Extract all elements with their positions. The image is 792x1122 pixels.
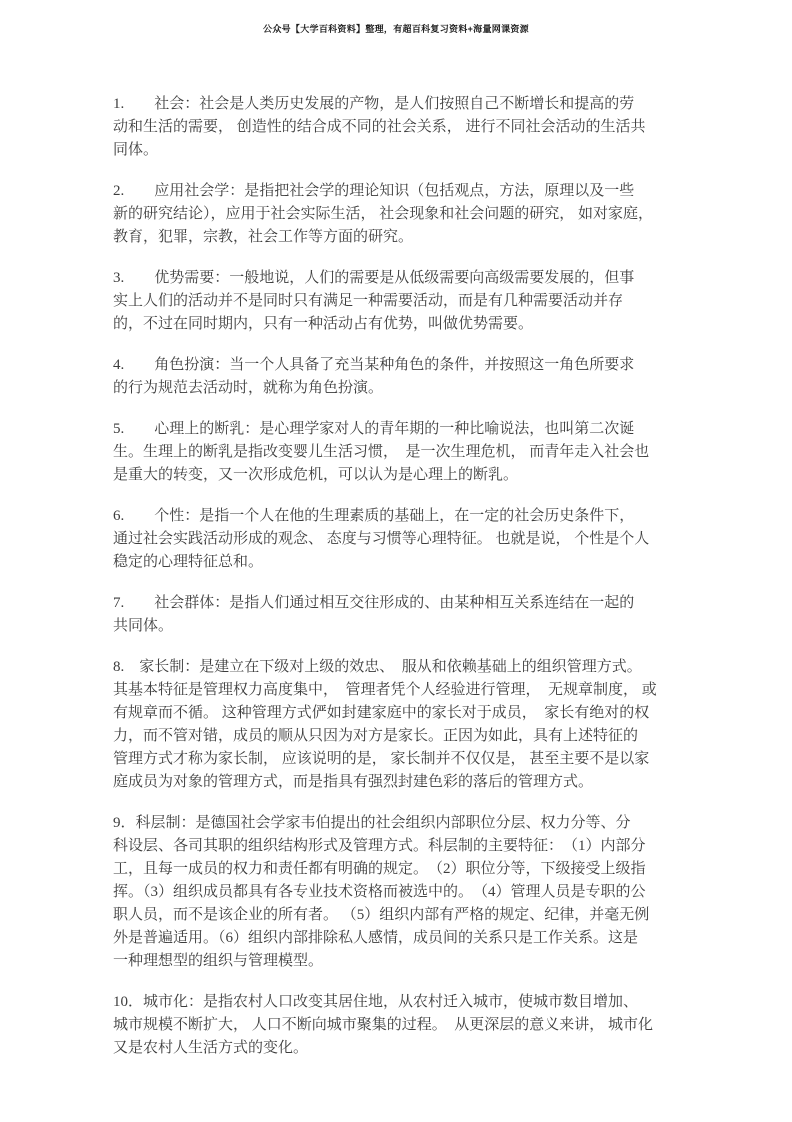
text-line: 9．科层制：是德国社会学家韦伯提出的社会组织内部职位分层、权力分等、分	[113, 812, 691, 835]
text-line: 科设层、各司其职的组织结构形式及管理方式。科层制的主要特征： （1）内部分	[113, 835, 691, 858]
text-line: 城市规模不断扩大， 人口不断向城市聚集的过程。 从更深层的意义来讲， 城市化	[113, 1014, 691, 1037]
text-line: 3. 优势需要：一般地说，人们的需要是从低级需要向高级需要发展的，但事	[113, 267, 691, 290]
definition-paragraph: 3. 优势需要：一般地说，人们的需要是从低级需要向高级需要发展的，但事实上人们的…	[113, 267, 691, 336]
text-line: 5. 心理上的断乳：是心理学家对人的青年期的一种比喻说法，也叫第二次诞	[113, 418, 691, 441]
text-line: 挥。（3）组织成员都具有各专业技术资格而被选中的。 （4）管理人员是专职的公	[113, 881, 691, 904]
text-line: 10．城市化：是指农村人口改变其居住地，从农村迁入城市，使城市数目增加、	[113, 991, 691, 1014]
page-header-note: 公众号【大学百科资料】整理，有超百科复习资料+海量网课资源	[0, 22, 792, 35]
text-line: 生。生理上的断乳是指改变婴儿生活习惯， 是一次生理危机， 而青年走入社会也	[113, 441, 691, 464]
text-line: 4. 角色扮演：当一个人具备了充当某种角色的条件，并按照这一角色所要求	[113, 354, 691, 377]
text-line: 新的研究结论），应用于社会实际生活， 社会现象和社会问题的研究， 如对家庭，	[113, 203, 691, 226]
text-line: 的行为规范去活动时，就称为角色扮演。	[113, 377, 691, 400]
definition-paragraph: 9．科层制：是德国社会学家韦伯提出的社会组织内部职位分层、权力分等、分科设层、各…	[113, 812, 691, 973]
definition-paragraph: 10．城市化：是指农村人口改变其居住地，从农村迁入城市，使城市数目增加、城市规模…	[113, 991, 691, 1060]
definition-paragraph: 5. 心理上的断乳：是心理学家对人的青年期的一种比喻说法，也叫第二次诞生。生理上…	[113, 418, 691, 487]
text-line: 实上人们的活动并不是同时只有满足一种需要活动，而是有几种需要活动并存	[113, 290, 691, 313]
document-body: 1. 社会：社会是人类历史发展的产物，是人们按照自己不断增长和提高的劳动和生活的…	[113, 93, 691, 1078]
text-line: 工，且每一成员的权力和责任都有明确的规定。 （2）职位分等，下级接受上级指	[113, 858, 691, 881]
text-line: 稳定的心理特征总和。	[113, 551, 691, 574]
text-line: 一种理想型的组织与管理模型。	[113, 950, 691, 973]
text-line: 是重大的转变，又一次形成危机，可以认为是心理上的断乳。	[113, 464, 691, 487]
text-line: 的，不过在同时期内，只有一种活动占有优势，叫做优势需要。	[113, 313, 691, 336]
text-line: 管理方式才称为家长制， 应该说明的是， 家长制并不仅仅是， 甚至主要不是以家	[113, 748, 691, 771]
text-line: 2. 应用社会学：是指把社会学的理论知识（包括观点，方法，原理以及一些	[113, 180, 691, 203]
text-line: 8. 家长制：是建立在下级对上级的效忠、 服从和依赖基础上的组织管理方式。	[113, 656, 691, 679]
definition-paragraph: 2. 应用社会学：是指把社会学的理论知识（包括观点，方法，原理以及一些新的研究结…	[113, 180, 691, 249]
text-line: 1. 社会：社会是人类历史发展的产物，是人们按照自己不断增长和提高的劳	[113, 93, 691, 116]
text-line: 共同体。	[113, 615, 691, 638]
text-line: 力，而不管对错，成员的顺从只因为对方是家长。正因为如此，具有上述特征的	[113, 725, 691, 748]
text-line: 同体。	[113, 139, 691, 162]
text-line: 外是普遍适用。（6）组织内部排除私人感情，成员间的关系只是工作关系。这是	[113, 927, 691, 950]
definition-paragraph: 7. 社会群体：是指人们通过相互交往形成的、由某种相互关系连结在一起的共同体。	[113, 592, 691, 638]
text-line: 职人员，而不是该企业的所有者。 （5）组织内部有严格的规定、纪律，并毫无例	[113, 904, 691, 927]
text-line: 教育，犯罪，宗教，社会工作等方面的研究。	[113, 226, 691, 249]
text-line: 其基本特征是管理权力高度集中， 管理者凭个人经验进行管理， 无规章制度， 或	[113, 679, 691, 702]
text-line: 有规章而不循。 这种管理方式俨如封建家庭中的家长对于成员， 家长有绝对的权	[113, 702, 691, 725]
definition-paragraph: 4. 角色扮演：当一个人具备了充当某种角色的条件，并按照这一角色所要求的行为规范…	[113, 354, 691, 400]
definition-paragraph: 1. 社会：社会是人类历史发展的产物，是人们按照自己不断增长和提高的劳动和生活的…	[113, 93, 691, 162]
text-line: 7. 社会群体：是指人们通过相互交往形成的、由某种相互关系连结在一起的	[113, 592, 691, 615]
text-line: 庭成员为对象的管理方式，而是指具有强烈封建色彩的落后的管理方式。	[113, 771, 691, 794]
text-line: 通过社会实践活动形成的观念、 态度与习惯等心理特征。 也就是说， 个性是个人	[113, 528, 691, 551]
document-page: 公众号【大学百科资料】整理，有超百科复习资料+海量网课资源 1. 社会：社会是人…	[0, 0, 792, 1122]
definition-paragraph: 8. 家长制：是建立在下级对上级的效忠、 服从和依赖基础上的组织管理方式。其基本…	[113, 656, 691, 794]
text-line: 动和生活的需要， 创造性的结合成不同的社会关系， 进行不同社会活动的生活共	[113, 116, 691, 139]
definition-paragraph: 6. 个性：是指一个人在他的生理素质的基础上，在一定的社会历史条件下，通过社会实…	[113, 505, 691, 574]
text-line: 6. 个性：是指一个人在他的生理素质的基础上，在一定的社会历史条件下，	[113, 505, 691, 528]
text-line: 又是农村人生活方式的变化。	[113, 1037, 691, 1060]
